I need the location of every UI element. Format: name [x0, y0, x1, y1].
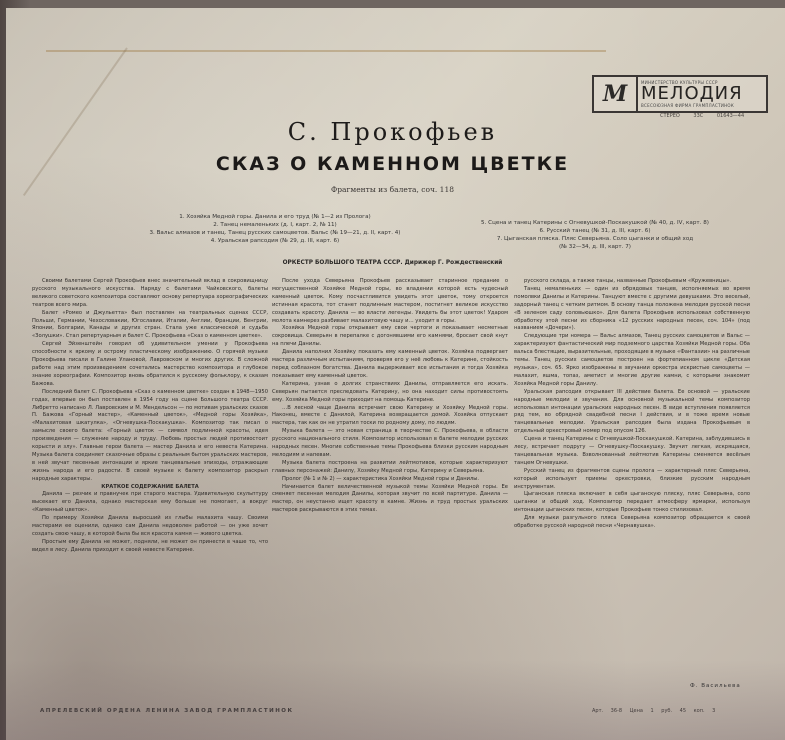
synopsis-paragraph: Данила — резчик и правнучек при старого … — [32, 491, 268, 515]
notes-paragraph: русского склада, а также танцы, названны… — [514, 278, 750, 286]
notes-column-3: русского склада, а также танцы, названны… — [514, 278, 750, 678]
notes-paragraph: Своими балетами Сергей Прокофьев внес зн… — [32, 278, 268, 310]
track-item: 6. Русский танец (№ 31, д. III, карт. 6) — [420, 227, 770, 235]
notes-paragraph: Пролог (№ 1 и № 2) — характеристика Хозя… — [272, 476, 508, 484]
track-item: 1. Хозяйка Медной горы. Данила и его тру… — [95, 213, 455, 221]
notes-paragraph: Сергей Эйзенштейн говорил об удивительно… — [32, 341, 268, 388]
notes-paragraph: Балет «Ромео и Джульетта» был поставлен … — [32, 310, 268, 342]
composer-name: С. Прокофьев — [0, 118, 785, 146]
track-item: 3. Вальс алмазов и танец. Танец русских … — [95, 229, 455, 237]
notes-paragraph: Хозяйка Медной горы открывает ему свои ч… — [272, 325, 508, 349]
track-item: 7. Цыганская пляска. Пляс Северьяна. Сол… — [420, 235, 770, 243]
notes-column-1: Своими балетами Сергей Прокофьев внес зн… — [32, 278, 268, 698]
notes-paragraph: Следующие три номера — Вальс алмазов, Та… — [514, 333, 750, 388]
performers-credit: ОРКЕСТР БОЛЬШОГО ТЕАТРА СССР. Дирижер Г.… — [0, 260, 785, 266]
notes-paragraph: Музыка балета — это новая страница в тво… — [272, 428, 508, 460]
notes-column-2: После ухода Северьяна Прокофьев рассказы… — [272, 278, 508, 698]
notes-paragraph: Последний балет С. Прокофьева «Сказ о ка… — [32, 389, 268, 484]
logo-company-line: ВСЕСОЮЗНАЯ ФИРМА ГРАМПЛАСТИНОК — [641, 103, 763, 108]
notes-paragraph: Для музыки разгульного пляса Северьяна к… — [514, 515, 750, 531]
melodiya-logo: M МИНИСТЕРСТВО КУЛЬТУРЫ СССР МЕЛОДИЯ ВСЕ… — [592, 75, 768, 113]
notes-paragraph: …В лесной чаще Данила встречает свою Кат… — [272, 405, 508, 429]
work-subtitle: Фрагменты из балета, соч. 118 — [0, 185, 785, 194]
notes-paragraph: Цыганская пляска включает в себя цыганск… — [514, 491, 750, 515]
notes-paragraph: Сцена и танец Катерины с Огневушкой-Поск… — [514, 436, 750, 468]
tracklist-side-a: 1. Хозяйка Медной горы. Данила и его тру… — [95, 213, 455, 245]
notes-paragraph: Музыка балета построена на развитии лейт… — [272, 460, 508, 476]
synopsis-heading: КРАТКОЕ СОДЕРЖАНИЕ БАЛЕТА — [32, 484, 268, 492]
notes-paragraph: Уральская рапсодия открывает III действи… — [514, 389, 750, 436]
notes-paragraph: Начинается балет величественной музыкой … — [272, 484, 508, 516]
notes-paragraph: Русский танец из фрагментов сцены пролог… — [514, 468, 750, 492]
track-item: 2. Танец немаленьких (д. I, карт. 2, № 1… — [95, 221, 455, 229]
notes-paragraph: Танец немаленьких — один из обрядовых та… — [514, 286, 750, 333]
synopsis-paragraph: По примеру Хозяйки Данила выросший из гл… — [32, 515, 268, 539]
track-item: 4. Уральская рапсодия (№ 29, д. III, кар… — [95, 237, 455, 245]
notes-paragraph: После ухода Северьяна Прокофьев рассказы… — [272, 278, 508, 325]
work-title: СКАЗ О КАМЕННОМ ЦВЕТКЕ — [0, 153, 785, 175]
bottom-shadow — [0, 660, 785, 740]
melodiya-mark-icon: M — [594, 77, 638, 111]
tracklist-side-b: 5. Сцена и танец Катерины с Огневушкой-П… — [420, 219, 770, 251]
notes-paragraph: Данила наполнил Хозяйку показать ему кам… — [272, 349, 508, 381]
synopsis-paragraph: Простым ему Данила не может, подняли, не… — [32, 539, 268, 555]
logo-brand-name: МЕЛОДИЯ — [641, 85, 763, 103]
track-item: (№ 32—34, д. III, карт. 7) — [420, 243, 770, 251]
logo-text-block: МИНИСТЕРСТВО КУЛЬТУРЫ СССР МЕЛОДИЯ ВСЕСО… — [638, 77, 766, 111]
water-stain — [46, 20, 606, 52]
notes-paragraph: Катерина, узнав о долгих странствиях Дан… — [272, 381, 508, 405]
track-item: 5. Сцена и танец Катерины с Огневушкой-П… — [420, 219, 770, 227]
